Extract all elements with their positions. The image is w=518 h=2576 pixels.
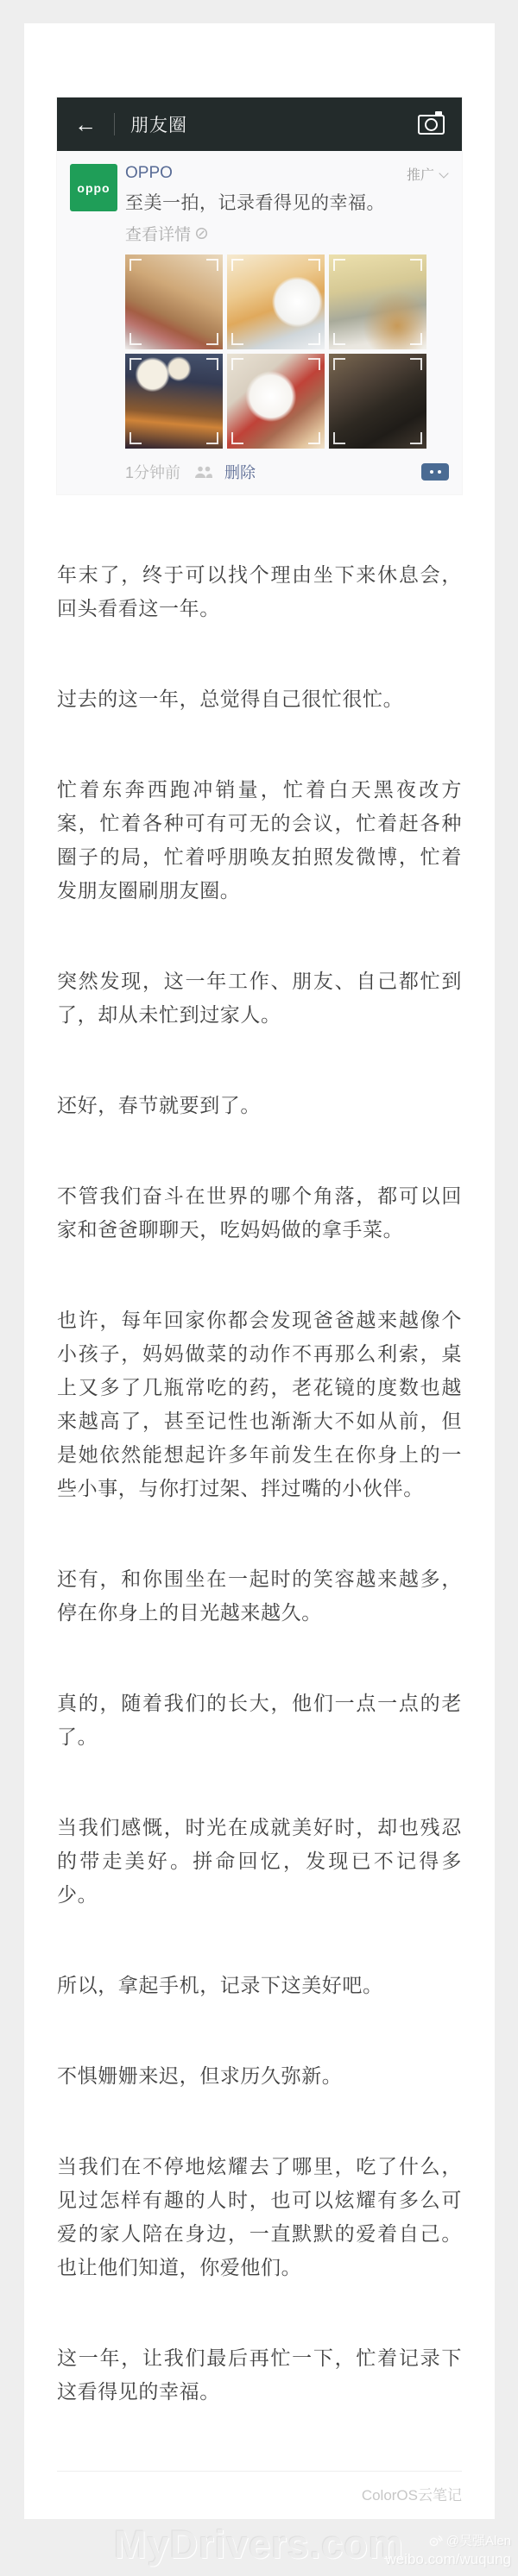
oppo-logo: oppo	[77, 181, 110, 195]
post-text: 至美一拍，记录看得见的幸福。	[125, 189, 449, 215]
photo-grid	[125, 254, 449, 449]
paragraph: 当我们在不停地炫耀去了哪里，吃了什么，见过怎样有趣的人时，也可以炫耀有多么可爱的…	[57, 2150, 462, 2284]
post-photo[interactable]	[329, 354, 426, 449]
back-icon[interactable]: ←	[74, 113, 97, 135]
paragraph: 当我们感慨，时光在成就美好时，却也残忍的带走美好。拼命回忆，发现已不记得多少。	[57, 1811, 462, 1912]
paragraph: 这一年，让我们最后再忙一下，忙着记录下这看得见的幸福。	[57, 2341, 462, 2409]
paragraph: 忙着东奔西跑冲销量，忙着白天黑夜改方案，忙着各种可有可无的会议，忙着赶各种圈子的…	[57, 773, 462, 908]
note-app-footer: ColorOS云笔记	[57, 2471, 462, 2519]
post-photo[interactable]	[227, 354, 325, 449]
weibo-logo-icon	[428, 2535, 443, 2547]
paragraph: 突然发现，这一年工作、朋友、自己都忙到了，却从未忙到过家人。	[57, 964, 462, 1032]
paragraph: 不惧姗姗来迟，但求历久弥新。	[57, 2059, 462, 2093]
weibo-name: @吴强Alen	[446, 2531, 511, 2549]
friends-icon	[194, 466, 213, 479]
link-icon	[195, 227, 208, 240]
note-app-label: ColorOS云笔记	[362, 2487, 462, 2504]
chevron-down-icon	[439, 168, 448, 178]
post-photo[interactable]	[329, 254, 426, 349]
weibo-url: weibo.com/wuqung	[385, 2551, 511, 2568]
view-details-link[interactable]: 查看详情	[125, 222, 449, 245]
paragraph: 也许，每年回家你都会发现爸爸越来越像个小孩子，妈妈做菜的动作不再那么利索，桌上又…	[57, 1304, 462, 1505]
wechat-moments-screenshot: ← 朋友圈 oppo OPPO 推广	[57, 97, 462, 494]
comment-like-button[interactable]	[421, 463, 449, 481]
page-footer: MyDrivers.com @吴强Alen weibo.com/wuqung	[0, 2519, 518, 2576]
post-author[interactable]: OPPO	[125, 164, 173, 183]
promoted-label: 推广	[407, 164, 434, 184]
paragraph: 所以，拿起手机，记录下这美好吧。	[57, 1969, 462, 2002]
promoted-badge[interactable]: 推广	[407, 164, 449, 184]
post-photo[interactable]	[125, 254, 223, 349]
post-photo[interactable]	[227, 254, 325, 349]
paragraph: 年末了，终于可以找个理由坐下来休息会，回头看看这一年。	[57, 558, 462, 625]
paragraph: 不管我们奋斗在世界的哪个角落，都可以回家和爸爸聊聊天，吃妈妈做的拿手菜。	[57, 1179, 462, 1247]
article-card: ← 朋友圈 oppo OPPO 推广	[24, 23, 495, 2519]
camera-icon[interactable]	[418, 115, 445, 135]
paragraph: 还有，和你围坐在一起时的笑容越来越多，停在你身上的目光越来越久。	[57, 1562, 462, 1630]
paragraph: 真的，随着我们的长大，他们一点一点的老了。	[57, 1687, 462, 1754]
paragraph: 还好，春节就要到了。	[57, 1089, 462, 1122]
paragraph: 过去的这一年，总觉得自己很忙很忙。	[57, 682, 462, 716]
weibo-credit: @吴强Alen weibo.com/wuqung	[385, 2531, 511, 2568]
avatar[interactable]: oppo	[70, 164, 117, 211]
moments-title: 朋友圈	[130, 111, 187, 137]
moments-feed: oppo OPPO 推广 至美一拍，记录看得见的幸福。 查看详情	[57, 151, 462, 494]
post-photo[interactable]	[125, 354, 223, 449]
article-body: 年末了，终于可以找个理由坐下来休息会，回头看看这一年。 过去的这一年，总觉得自己…	[57, 558, 462, 2409]
navbar-divider	[114, 113, 115, 135]
sponsored-post: oppo OPPO 推广 至美一拍，记录看得见的幸福。 查看详情	[70, 164, 449, 483]
moments-navbar: ← 朋友圈	[57, 97, 462, 151]
post-timestamp: 1分钟前	[125, 461, 180, 483]
delete-link[interactable]: 删除	[224, 461, 256, 483]
mydrivers-watermark: MyDrivers.com	[114, 2523, 404, 2567]
